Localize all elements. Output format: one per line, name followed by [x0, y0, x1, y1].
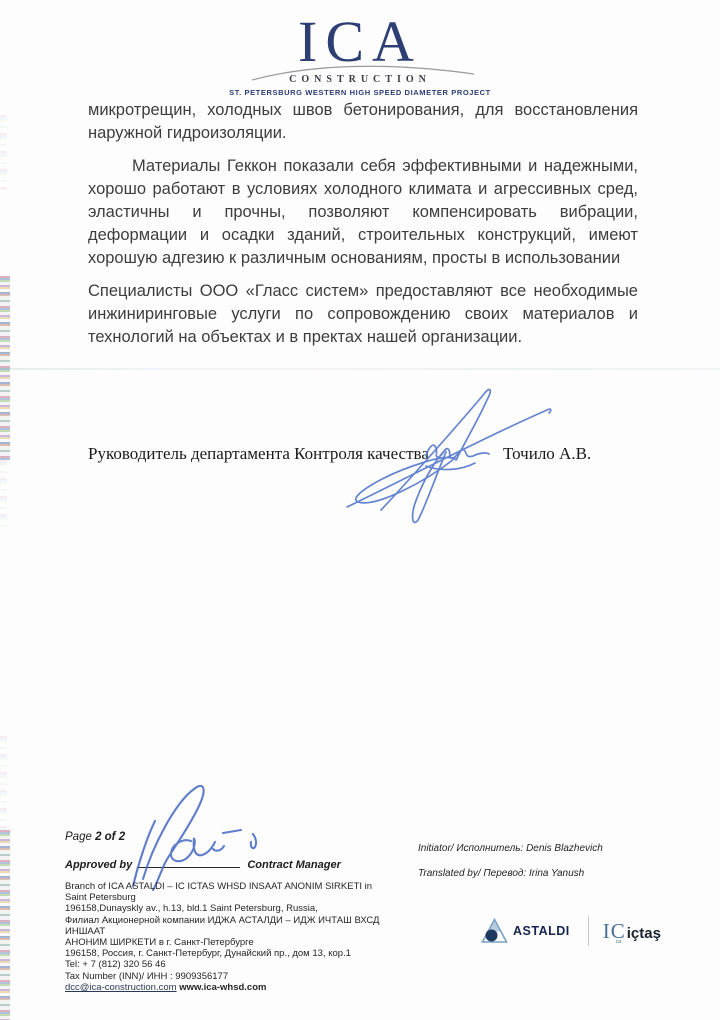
ictas-ic-subscript: ca — [616, 939, 621, 945]
letterhead: ICA CONSTRUCTION ST. PETERSBURG WESTERN … — [0, 12, 720, 97]
address-line: Tel: + 7 (812) 320 56 46 — [65, 959, 395, 970]
website-text: www.ica-whsd.com — [179, 982, 266, 993]
signoff-title: Руководитель департамента Контроля качес… — [88, 444, 429, 463]
logo-divider — [588, 916, 589, 946]
page-number-label: Page 2 of 2 — [65, 831, 125, 843]
address-line: Branch of ICA ASTALDI – IC ICTAS WHSD IN… — [65, 881, 395, 892]
initiator-label: Initiator/ Исполнитель: — [418, 843, 523, 854]
body-paragraph: микротрещин, холодных швов бетонирования… — [88, 99, 638, 145]
address-line: 196158,Dunayskly av., h.13, bld.1 Saint … — [65, 903, 395, 914]
scan-noise-strip — [0, 460, 7, 530]
ictas-logo: IC ca içtaş — [603, 919, 661, 944]
page-label-value: 2 of 2 — [95, 831, 125, 843]
document-page: ICA CONSTRUCTION ST. PETERSBURG WESTERN … — [0, 0, 720, 1020]
approved-by-role: Contract Manager — [247, 859, 341, 871]
astaldi-triangle-icon — [481, 918, 508, 944]
approved-by-label: Approved by — [65, 859, 132, 871]
contact-line: dcc@ica-construction.com www.ica-whsd.co… — [65, 982, 395, 993]
signoff-row: Руководитель департамента Контроля качес… — [88, 444, 638, 468]
ictas-ic-text: IC — [603, 919, 626, 944]
page-label-prefix: Page — [65, 831, 95, 843]
ictas-name-text: içtaş — [627, 925, 661, 942]
logo-arc-graphic — [248, 48, 478, 88]
astaldi-logo-text: ASTALDI — [513, 924, 570, 938]
logo-tagline: ST. PETERSBURG WESTERN HIGH SPEED DIAMET… — [0, 88, 720, 97]
scan-noise-line — [0, 368, 720, 370]
footer-meta: Initiator/ Исполнитель: Denis Blazhevich… — [418, 836, 678, 886]
translated-name: Irina Yanush — [529, 868, 584, 879]
letter-body: микротрещин, холодных швов бетонирования… — [88, 99, 638, 359]
partner-logos: ASTALDI IC ca içtaş — [481, 912, 661, 950]
address-line: Tax Number (INN)/ ИНН : 9909356177 — [65, 971, 395, 982]
address-line: 196158, Россия, г. Санкт-Петербург, Дуна… — [65, 948, 395, 959]
company-address-block: Branch of ICA ASTALDI – IC ICTAS WHSD IN… — [65, 881, 395, 993]
scan-noise-strip — [0, 830, 10, 1020]
address-line: Филиал Акционерной компании ИДЖА АСТАЛДИ… — [65, 915, 395, 937]
scan-noise-strip — [0, 115, 7, 190]
translated-line: Translated by/ Перевод: Irina Yanush — [418, 861, 678, 886]
translated-label: Translated by/ Перевод: — [418, 868, 526, 879]
initiator-line: Initiator/ Исполнитель: Denis Blazhevich — [418, 836, 678, 861]
signoff-name: Точило А.В. — [503, 444, 591, 464]
initiator-name: Denis Blazhevich — [526, 843, 603, 854]
address-line: Saint Petersburg — [65, 892, 395, 903]
email-link[interactable]: dcc@ica-construction.com — [65, 982, 177, 993]
address-line: АНОНИМ ШИРКЕТИ в г. Санкт-Петербурге — [65, 937, 395, 948]
approved-by-row: Approved by Contract Manager — [65, 857, 385, 871]
body-paragraph: Материалы Геккон показали себя эффективн… — [88, 155, 638, 270]
scan-noise-strip — [0, 276, 10, 460]
scan-noise-strip — [0, 736, 7, 830]
body-paragraph: Специалисты ООО «Гласс систем» предостав… — [88, 280, 638, 349]
signature-line — [137, 857, 240, 868]
